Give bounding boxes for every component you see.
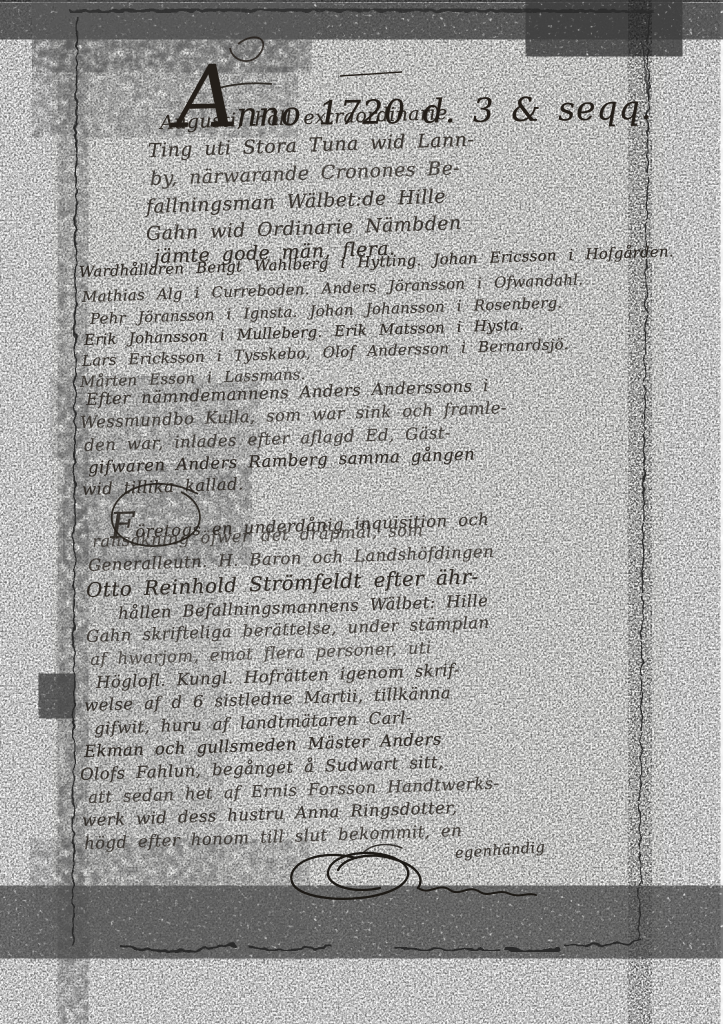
signature-flourish (268, 840, 558, 930)
intro-line: by, närwarande Cronones Be- (150, 157, 461, 190)
oath-line: wid tillika kallad. (82, 474, 244, 499)
scanned-document-page: Anno 1720 d. 3 & seqq. Augusti, höll ext… (0, 0, 723, 1024)
